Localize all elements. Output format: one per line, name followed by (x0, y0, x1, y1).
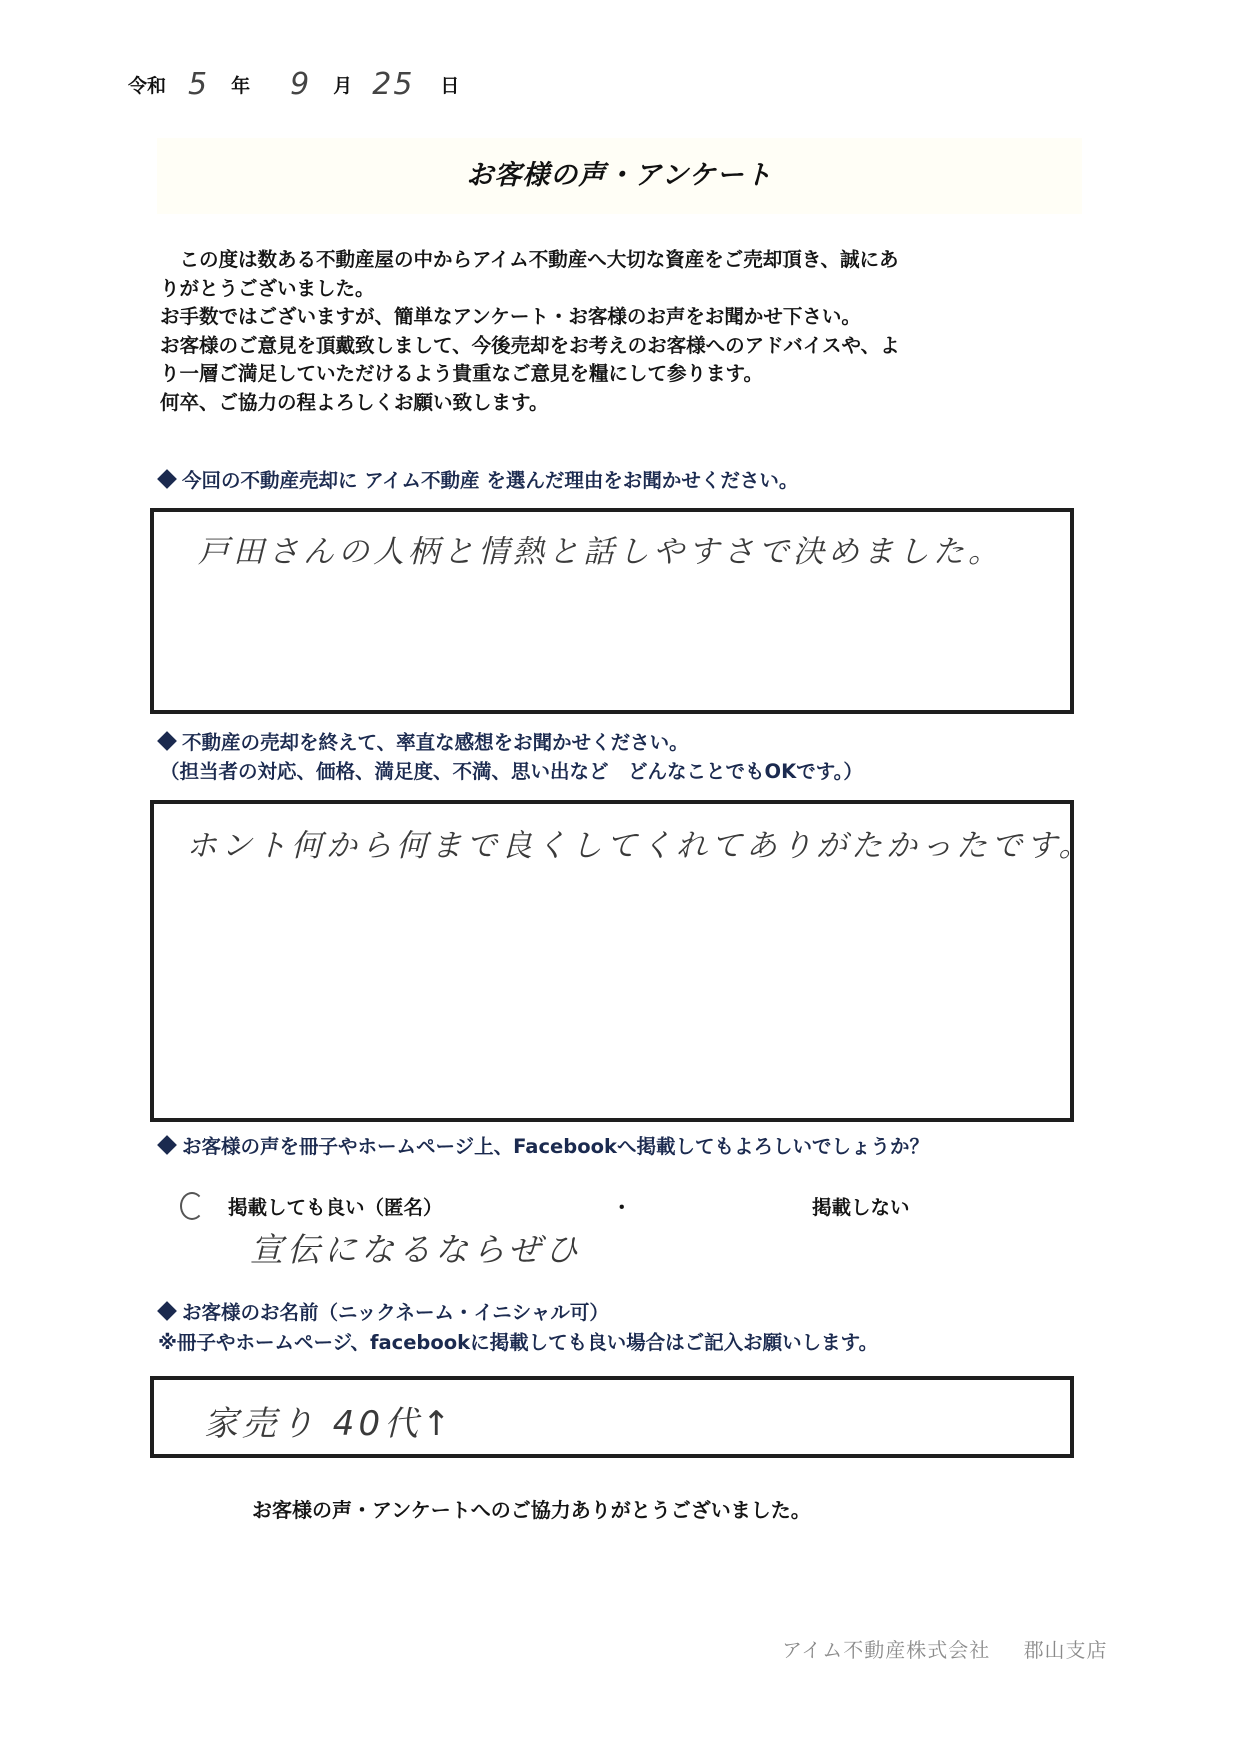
question-sublabel: ※冊子やホームページ、facebookに掲載しても良い場合はご記入お願いします。 (158, 1328, 878, 1357)
question-sublabel: （担当者の対応、価格、満足度、不満、思い出など どんなことでもOKです。） (160, 757, 863, 786)
option-do-not-publish[interactable]: 掲載しない (812, 1192, 910, 1220)
answer-box-name[interactable]: 家売り 40代↑ (150, 1376, 1074, 1458)
era-label: 令和 (128, 71, 166, 98)
question-label: お客様の声を冊子やホームページ上、Facebookへ掲載してもよろしいでしょうか… (182, 1135, 929, 1158)
day-value: 25 (372, 67, 414, 102)
month-value: 9 (290, 67, 309, 102)
handwritten-answer: 戸田さんの人柄と情熱と話しやすさで決めました。 (198, 526, 1003, 571)
intro-line: お手数ではございますが、簡単なアンケート・お客様のお声をお聞かせ下さい。 (160, 303, 1080, 332)
selected-circle-mark-icon (180, 1192, 204, 1220)
intro-line: りがとうございました。 (160, 275, 1080, 304)
option-separator: ・ (612, 1192, 632, 1220)
answer-box-reason[interactable]: 戸田さんの人柄と情熱と話しやすさで決めました。 (150, 508, 1074, 714)
question-label: 今回の不動産売却に アイム不動産 を選んだ理由をお聞かせください。 (182, 469, 798, 492)
day-label: 日 (440, 71, 459, 98)
answer-box-impression[interactable]: ホント何から何まで良くしてくれてありがたかったです。 (150, 800, 1074, 1122)
diamond-bullet-icon (157, 469, 177, 489)
question-publish-consent: お客様の声を冊子やホームページ上、Facebookへ掲載してもよろしいでしょうか… (156, 1132, 929, 1161)
question-label: 不動産の売却を終えて、率直な感想をお聞かせください。 (182, 731, 689, 754)
company-name: アイム不動産株式会社 (782, 1638, 990, 1662)
year-label: 年 (231, 71, 250, 98)
diamond-bullet-icon (157, 731, 177, 751)
intro-line: 何卒、ご協力の程よろしくお願い致します。 (160, 389, 1080, 418)
month-label: 月 (333, 71, 352, 98)
page-title: お客様の声・アンケート (157, 138, 1082, 214)
question-reason: 今回の不動産売却に アイム不動産 を選んだ理由をお聞かせください。 (156, 466, 798, 495)
closing-message: お客様の声・アンケートへのご協力ありがとうございました。 (252, 1494, 811, 1523)
intro-line: この度は数ある不動産屋の中からアイム不動産へ大切な資産をご売却頂き、誠にあ (160, 246, 1080, 275)
footer-company: アイム不動産株式会社 郡山支店 (782, 1634, 1108, 1663)
question-name: お客様のお名前（ニックネーム・イニシャル可） (156, 1298, 609, 1327)
branch-name: 郡山支店 (1024, 1638, 1108, 1662)
option-publish-anonymous[interactable]: 掲載しても良い（匿名） (228, 1192, 443, 1220)
title-banner: お客様の声・アンケート (157, 138, 1082, 214)
question-impression: 不動産の売却を終えて、率直な感想をお聞かせください。 (156, 728, 689, 757)
year-value: 5 (188, 67, 207, 102)
handwritten-note: 宣伝になるならぜひ (250, 1224, 582, 1271)
intro-line: り一層ご満足していただけるよう貴重なご意見を糧にして参ります。 (160, 360, 1080, 389)
intro-line: お客様のご意見を頂戴致しまして、今後売却をお考えのお客様へのアドバイスや、よ (160, 332, 1080, 361)
handwritten-answer: 家売り 40代↑ (204, 1396, 455, 1445)
date-line: 令和 5 年 9 月 25 日 (128, 64, 459, 104)
question-label: お客様のお名前（ニックネーム・イニシャル可） (182, 1301, 609, 1324)
diamond-bullet-icon (157, 1301, 177, 1321)
handwritten-answer: ホント何から何まで良くしてくれてありがたかったです。 (186, 820, 1094, 865)
diamond-bullet-icon (157, 1135, 177, 1155)
intro-paragraph: この度は数ある不動産屋の中からアイム不動産へ大切な資産をご売却頂き、誠にあ りが… (160, 246, 1080, 417)
